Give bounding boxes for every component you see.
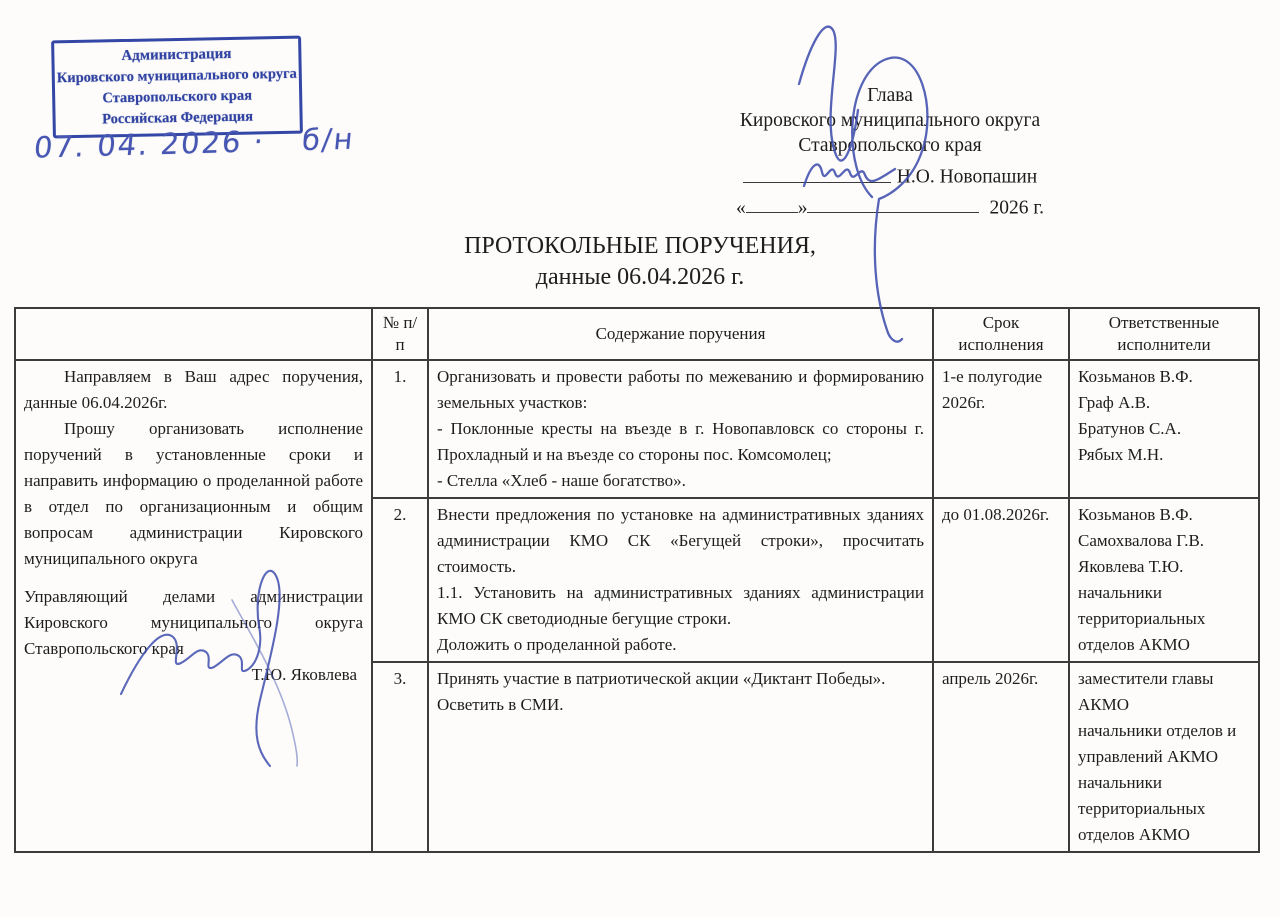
orders-table-wrapper: № п/п Содержание поручения Срок исполнен… — [14, 307, 1260, 853]
month-underline — [807, 193, 979, 214]
stamp-line: Администрация — [121, 44, 231, 67]
column-header-num: № п/п — [372, 308, 428, 360]
approval-block: Глава Кировского муниципального округа С… — [690, 83, 1090, 220]
quote-close: » — [798, 197, 808, 218]
table-row: Направляем в Ваш адрес поручения, данные… — [15, 360, 1259, 498]
stamp-line: Ставропольского края — [102, 86, 252, 110]
signature-underline — [743, 162, 891, 183]
row-content-cell: Принять участие в патриотической акции «… — [428, 662, 933, 852]
handwritten-separator-dot: · — [252, 124, 266, 158]
stamp-line: Кировского муниципального округа — [57, 64, 297, 90]
quote-open: « — [736, 197, 746, 218]
row-content-cell: Внести предложения по установке на админ… — [428, 498, 933, 662]
head-name: Н.О. Новопашин — [897, 167, 1037, 188]
row-deadline-cell: апрель 2026г. — [933, 662, 1069, 852]
document-title-line1: ПРОТОКОЛЬНЫЕ ПОРУЧЕНИЯ, — [0, 231, 1280, 262]
handwritten-date: 07. 04. 2026 — [32, 125, 244, 165]
row-number-cell: 3. — [372, 662, 428, 852]
column-header-deadline: Срок исполнения — [933, 308, 1069, 360]
approval-date-line: «»2026 г. — [690, 193, 1090, 221]
year-text: 2026 г. — [989, 197, 1044, 218]
row-deadline-cell: до 01.08.2026г. — [933, 498, 1069, 662]
cover-letter-cell: Направляем в Ваш адрес поручения, данные… — [15, 360, 372, 852]
handwritten-number: б/н — [300, 122, 356, 158]
cover-letter-paragraph: Направляем в Ваш адрес поручения, данные… — [24, 364, 363, 416]
column-header-content: Содержание поручения — [428, 308, 933, 360]
table-header-row: № п/п Содержание поручения Срок исполнен… — [15, 308, 1259, 360]
document-title: ПРОТОКОЛЬНЫЕ ПОРУЧЕНИЯ, данные 06.04.202… — [0, 231, 1280, 293]
scanned-document-page: Администрация Кировского муниципального … — [0, 0, 1280, 918]
signer-title: Управляющий делами администрации Кировск… — [24, 584, 363, 662]
cover-letter-paragraph: Прошу организовать исполнение поручений … — [24, 416, 363, 572]
row-executors-cell: Козьманов В.Ф. Самохвалова Г.В. Яковлева… — [1069, 498, 1259, 662]
day-underline — [746, 193, 798, 214]
row-content-cell: Организовать и провести работы по межева… — [428, 360, 933, 498]
cover-letter-header-cell-empty — [15, 308, 372, 360]
signer-name: Т.Ю. Яковлева — [24, 662, 363, 688]
row-executors-cell: Козьманов В.Ф. Граф А.В. Братунов С.А. Р… — [1069, 360, 1259, 498]
official-stamp: Администрация Кировского муниципального … — [51, 36, 303, 139]
orders-table: № п/п Содержание поручения Срок исполнен… — [14, 307, 1260, 853]
head-signature-line: Н.О. Новопашин — [690, 162, 1090, 190]
head-position-line: Ставропольского края — [690, 133, 1090, 158]
document-title-line2: данные 06.04.2026 г. — [0, 262, 1280, 293]
row-number-cell: 1. — [372, 360, 428, 498]
column-header-executors: Ответственные исполнители — [1069, 308, 1259, 360]
head-position-line: Глава — [690, 83, 1090, 108]
row-number-cell: 2. — [372, 498, 428, 662]
row-deadline-cell: 1-е полугодие 2026г. — [933, 360, 1069, 498]
row-executors-cell: заместители главы АКМО начальники отдело… — [1069, 662, 1259, 852]
head-position-line: Кировского муниципального округа — [690, 108, 1090, 133]
